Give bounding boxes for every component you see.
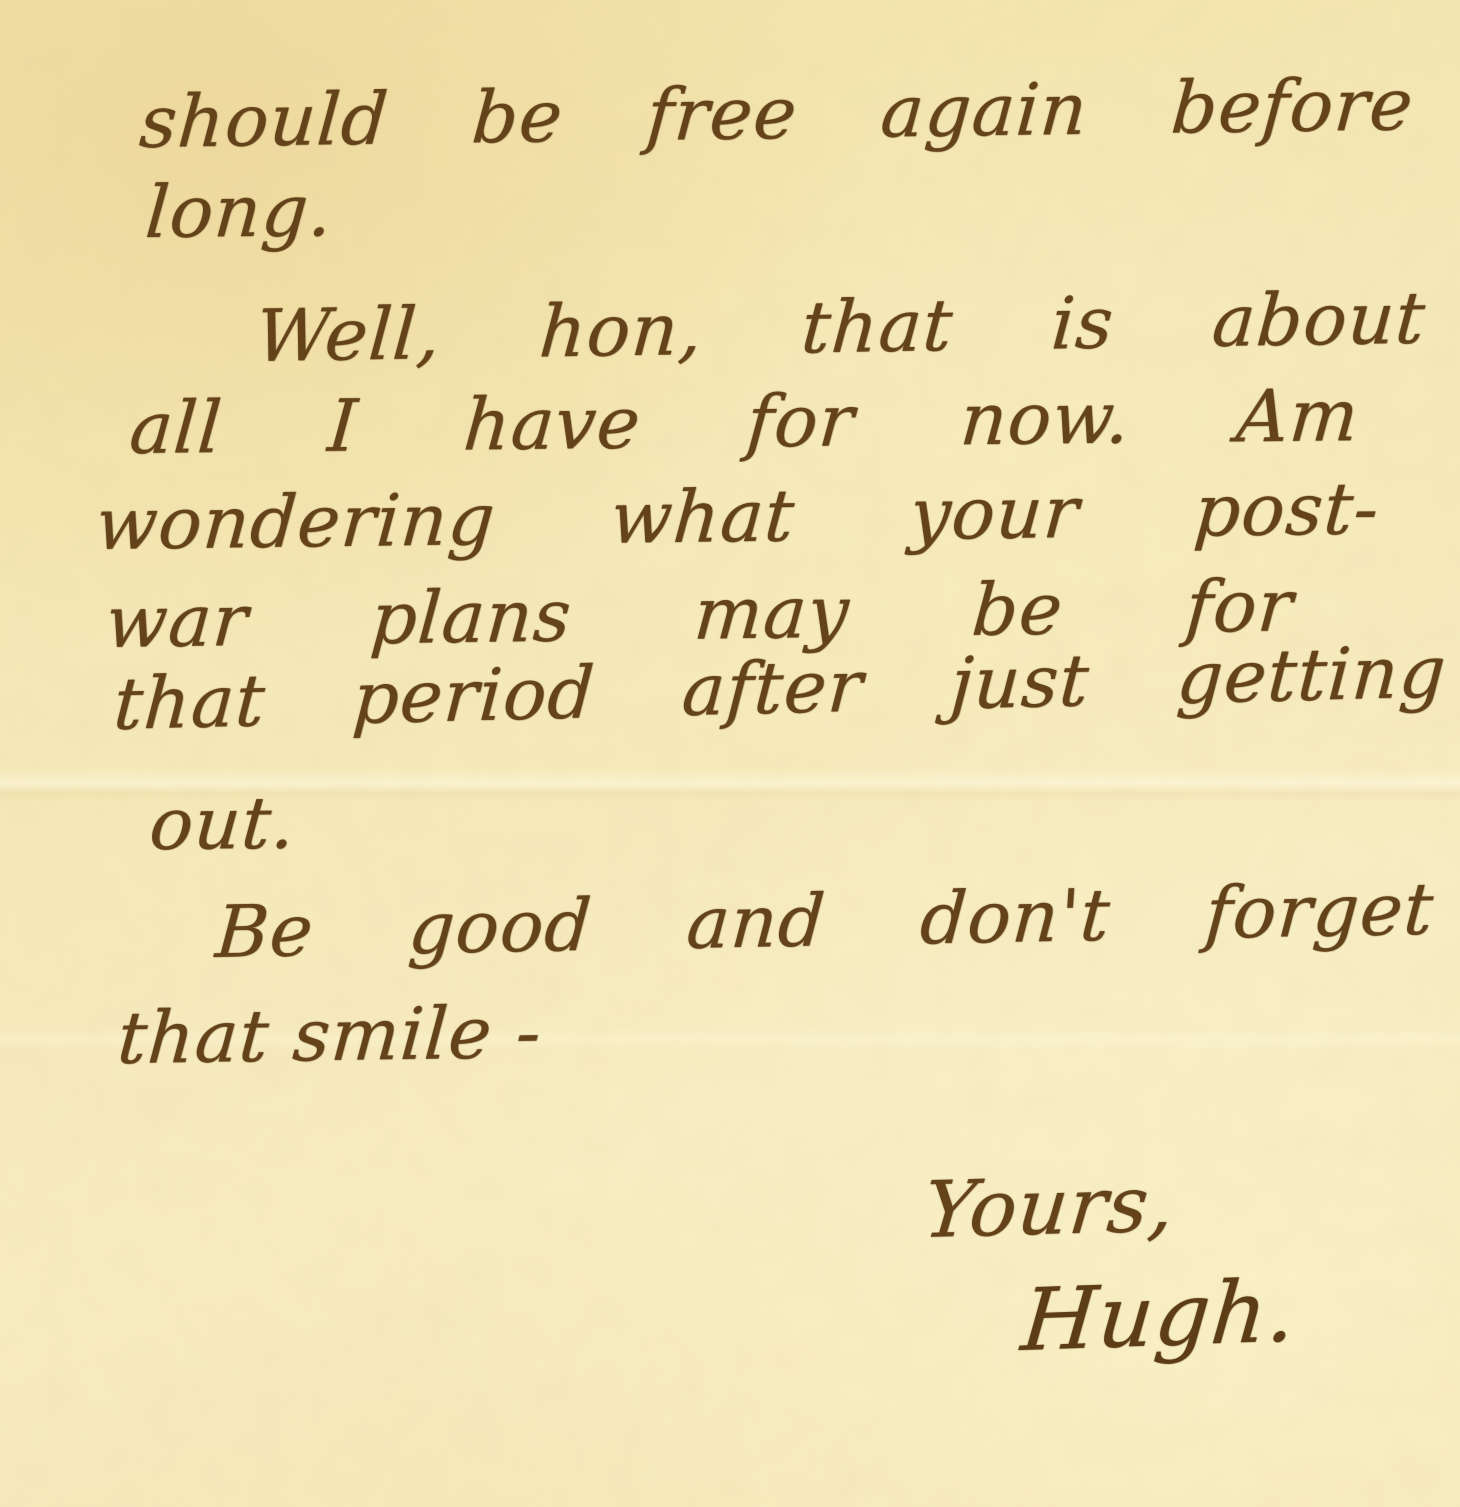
letter-paper: should be free again before long. Well, … xyxy=(0,0,1460,1507)
handwriting-line: Be good and don't forget xyxy=(214,873,1437,968)
handwriting-line: wondering what your post- xyxy=(93,472,1382,560)
handwriting-line: Well, hon, that is about xyxy=(253,282,1428,372)
handwriting-line: out. xyxy=(147,787,298,860)
handwriting-line: should be free again before xyxy=(137,68,1416,158)
handwriting-line: that smile - xyxy=(115,996,544,1074)
signature: Hugh. xyxy=(1018,1268,1300,1363)
handwriting-line: all I have for now. Am xyxy=(127,379,1362,464)
valediction: Yours, xyxy=(920,1165,1178,1250)
letter-body: should be free again before long. Well, … xyxy=(0,0,1460,1507)
handwriting-line: long. xyxy=(143,174,336,248)
